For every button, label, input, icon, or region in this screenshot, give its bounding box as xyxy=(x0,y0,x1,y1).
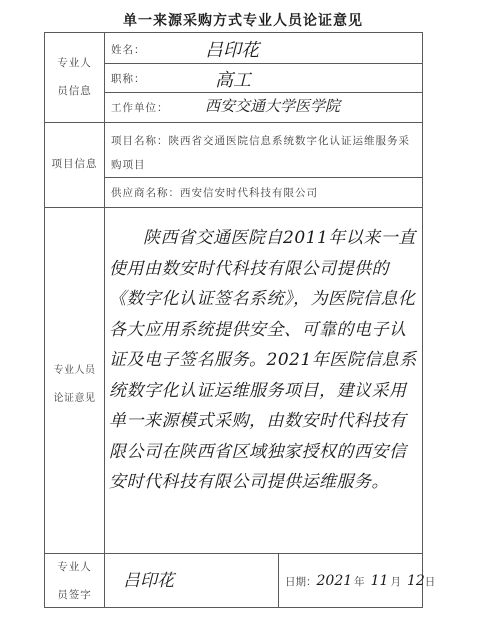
signature-value: 吕印花 xyxy=(123,566,174,591)
opinion-text: 陕西省交通医院自2011年以来一直使用由数安时代科技有限公司提供的《数字化认证签… xyxy=(109,223,421,498)
date-day-unit: 日 xyxy=(425,576,436,588)
row-divider xyxy=(104,92,423,93)
project-info-label: 项目信息 xyxy=(45,150,104,178)
date-label: 日期： xyxy=(285,576,317,588)
date-day: 12 xyxy=(407,573,425,589)
supplier-value: 西安信安时代科技有限公司 xyxy=(180,187,318,199)
name-value: 吕印花 xyxy=(205,36,259,62)
project-name-field: 项目名称：陕西省交通医院信息系统数字化认证运维服务采购项目 xyxy=(111,129,417,177)
name-label: 姓名： xyxy=(111,42,146,57)
supplier-field: 供应商名称：西安信安时代科技有限公司 xyxy=(111,185,318,200)
signature-label: 专业人 员签字 xyxy=(45,553,104,609)
title-label: 职称： xyxy=(111,71,146,86)
label-column-divider xyxy=(104,33,105,608)
section-divider xyxy=(45,122,423,123)
row-divider xyxy=(104,63,423,64)
date-cell-divider xyxy=(278,553,279,608)
personnel-info-label: 专业人 员信息 xyxy=(45,49,104,105)
date-field: 日期：2021年11月12日 xyxy=(285,573,435,589)
title-value: 高工 xyxy=(215,66,251,92)
supplier-label: 供应商名称： xyxy=(111,187,180,199)
section-divider xyxy=(45,207,423,208)
date-year-unit: 年 xyxy=(354,576,365,588)
opinion-form-table: 专业人 员信息 姓名： 吕印花 职称： 高工 工作单位： 西安交通大学医学院 项… xyxy=(44,32,423,608)
opinion-label: 专业人员 论证意见 xyxy=(45,357,104,413)
project-name-label: 项目名称： xyxy=(111,135,169,147)
row-divider xyxy=(104,177,423,178)
date-month-unit: 月 xyxy=(390,576,401,588)
date-year: 2021 xyxy=(317,573,353,589)
document-title: 单一来源采购方式专业人员论证意见 xyxy=(0,10,486,30)
employer-value: 西安交通大学医学院 xyxy=(205,95,340,116)
employer-label: 工作单位： xyxy=(111,100,169,115)
date-month: 11 xyxy=(371,573,389,589)
